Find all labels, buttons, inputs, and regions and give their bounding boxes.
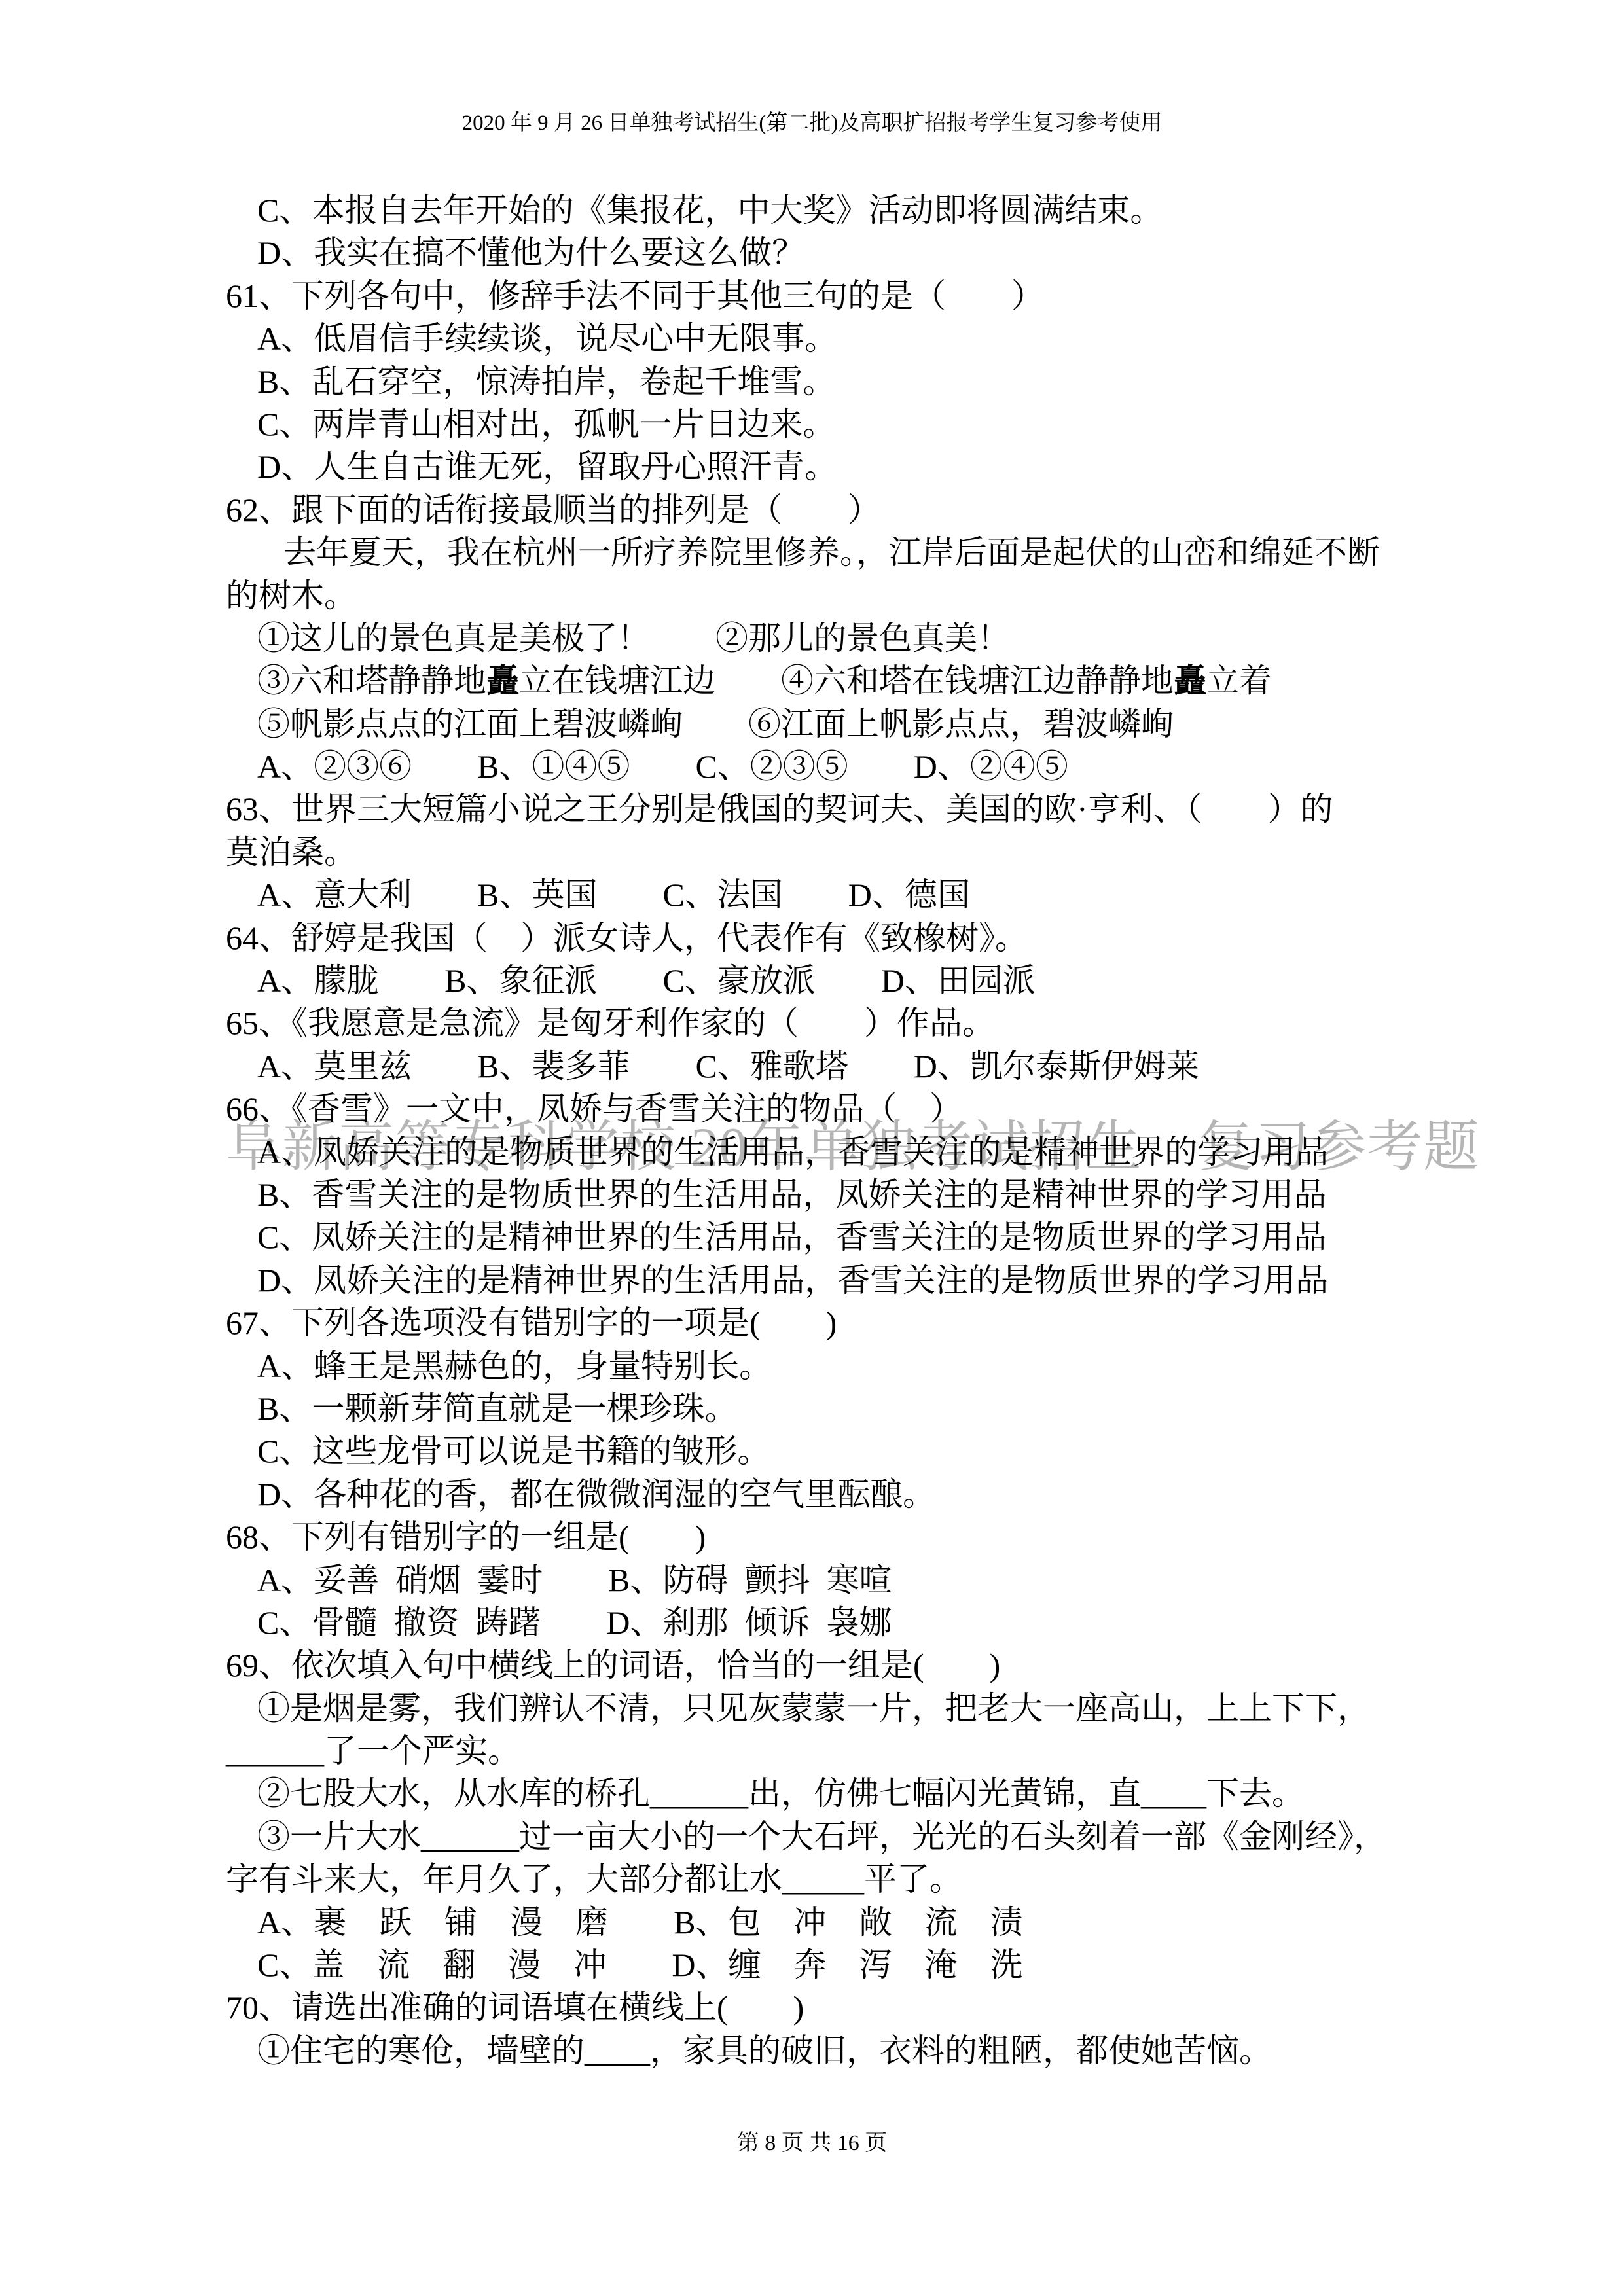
option-66-d: D、凤娇关注的是精神世界的生活用品，香雪关注的是物质世界的学习用品 — [226, 1259, 1470, 1302]
option-61-b: B、乱石穿空，惊涛拍岸，卷起千堆雪。 — [226, 361, 1470, 403]
question-62: 62、跟下面的话衔接最顺当的排列是（ ） — [226, 489, 1470, 531]
page-header: 2020 年 9 月 26 日单独考试招生(第二批)及高职扩招报考学生复习参考使… — [0, 109, 1624, 137]
question-67: 67、下列各选项没有错别字的一项是( ) — [226, 1302, 1470, 1344]
question-66: 66、《香雪》一文中，凤娇与香雪关注的物品（ ） — [226, 1088, 1470, 1130]
q62-item-5-6: ⑤帆影点点的江面上碧波嶙峋 ⑥江面上帆影点点，碧波嶙峋 — [226, 703, 1470, 745]
option-prev-c: C、本报自去年开始的《集报花，中大奖》活动即将圆满结束。 — [226, 189, 1470, 232]
option-61-d: D、人生自古谁无死，留取丹心照汗青。 — [226, 446, 1470, 488]
q62-passage-line-1: 去年夏天，我在杭州一所疗养院里修养。，江岸后面是起伏的山峦和绵延不断 — [226, 531, 1470, 574]
question-61: 61、下列各句中，修辞手法不同于其他三句的是（ ） — [226, 275, 1470, 317]
option-67-c: C、这些龙骨可以说是书籍的皱形。 — [226, 1430, 1470, 1473]
exam-content: C、本报自去年开始的《集报花，中大奖》活动即将圆满结束。 D、我实在搞不懂他为什… — [226, 189, 1470, 2072]
option-67-b: B、一颗新芽简直就是一棵珍珠。 — [226, 1388, 1470, 1430]
q70-item-1: ①住宅的寒伧，墙壁的____，家具的破旧，衣料的粗陋，都使她苦恼。 — [226, 2030, 1470, 2072]
q62-passage-line-2: 的树木。 — [226, 575, 1470, 617]
q69-item-3: ③一片大水______过一亩大小的一个大石坪，光光的石头刻着一部《金刚经》， — [226, 1816, 1470, 1858]
question-69: 69、依次填入句中横线上的词语，恰当的一组是( ) — [226, 1644, 1470, 1687]
q69-choices-cd: C、盖 流 翻 漫 冲 D、缠 奔 泻 淹 洗 — [226, 1944, 1470, 1986]
q62-item-3-4: ③六和塔静静地矗立在钱塘江边 ④六和塔在钱塘江边静静地矗立着 — [226, 660, 1470, 702]
text-segment: 立着 — [1206, 662, 1272, 699]
q69-item-1-cont: ______了一个严实。 — [226, 1730, 1470, 1772]
q65-choices: A、莫里兹 B、裴多菲 C、雅歌塔 D、凯尔泰斯伊姆莱 — [226, 1045, 1470, 1088]
bold-char: 矗 — [486, 662, 519, 699]
bold-char: 矗 — [1174, 662, 1206, 699]
q64-choices: A、朦胧 B、象征派 C、豪放派 D、田园派 — [226, 960, 1470, 1002]
page-number-footer: 第 8 页 共 16 页 — [0, 2128, 1624, 2159]
q62-choices: A、②③⑥ B、①④⑤ C、②③⑤ D、②④⑤ — [226, 745, 1470, 788]
option-67-d: D、各种花的香，都在微微润湿的空气里酝酿。 — [226, 1473, 1470, 1516]
question-63: 63、世界三大短篇小说之王分别是俄国的契诃夫、美国的欧·亨利、（ ）的 — [226, 788, 1470, 831]
question-64: 64、舒婷是我国（ ）派女诗人，代表作有《致橡树》。 — [226, 917, 1470, 960]
question-65: 65、《我愿意是急流》是匈牙利作家的（ ）作品。 — [226, 1002, 1470, 1045]
option-67-a: A、蜂王是黑赫色的，身量特别长。 — [226, 1345, 1470, 1388]
option-66-b: B、香雪关注的是物质世界的生活用品，凤娇关注的是精神世界的学习用品 — [226, 1174, 1470, 1216]
q62-item-1-2: ①这儿的景色真是美极了！ ②那儿的景色真美！ — [226, 617, 1470, 660]
option-prev-d: D、我实在搞不懂他为什么要这么做？ — [226, 232, 1470, 274]
question-70: 70、请选出准确的词语填在横线上( ) — [226, 1986, 1470, 2029]
q69-item-1: ①是烟是雾，我们辨认不清，只见灰蒙蒙一片，把老大一座高山，上上下下， — [226, 1687, 1470, 1730]
text-segment: ③六和塔静静地 — [257, 662, 486, 699]
exam-paper-page: 2020 年 9 月 26 日单独考试招生(第二批)及高职扩招报考学生复习参考使… — [0, 0, 1624, 2296]
question-68: 68、下列有错别字的一组是( ) — [226, 1516, 1470, 1558]
question-63-cont: 莫泊桑。 — [226, 831, 1470, 874]
option-66-c: C、凤娇关注的是精神世界的生活用品，香雪关注的是物质世界的学习用品 — [226, 1216, 1470, 1259]
q69-item-3-cont: 字有斗来大，年月久了，大部分都让水_____平了。 — [226, 1858, 1470, 1901]
option-61-c: C、两岸青山相对出，孤帆一片日边来。 — [226, 403, 1470, 446]
option-61-a: A、低眉信手续续谈，说尽心中无限事。 — [226, 317, 1470, 360]
q68-choices-cd: C、骨髓 撤资 踌躇 D、刹那 倾诉 袅娜 — [226, 1602, 1470, 1644]
q63-choices: A、意大利 B、英国 C、法国 D、德国 — [226, 874, 1470, 916]
q68-choices-ab: A、妥善 硝烟 霎时 B、防碍 颤抖 寒喧 — [226, 1559, 1470, 1602]
option-66-a: A、凤娇关注的是物质世界的生活用品，香雪关注的是精神世界的学习用品 — [226, 1131, 1470, 1174]
text-segment: 立在钱塘江边 ④六和塔在钱塘江边静静地 — [519, 662, 1174, 699]
q69-choices-ab: A、裹 跃 铺 漫 磨 B、包 冲 敞 流 渍 — [226, 1901, 1470, 1944]
q69-item-2: ②七股大水，从水库的桥孔______出，仿佛七幅闪光黄锦，直____下去。 — [226, 1772, 1470, 1815]
